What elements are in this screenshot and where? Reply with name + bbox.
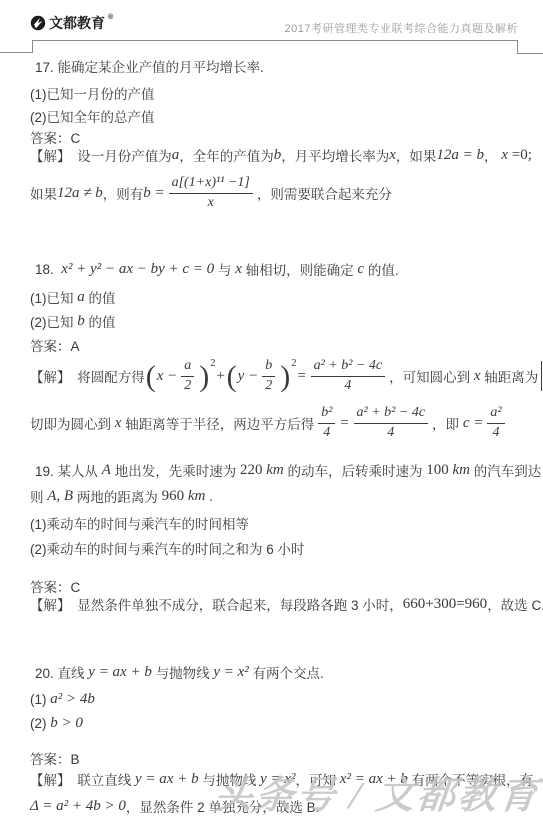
text-run: 19. 某人从 xyxy=(35,460,102,480)
text-line-q17_ans: 答案：C xyxy=(30,128,80,146)
math-run: 12a = b xyxy=(436,147,484,164)
text-line-q17_c1: (1)已知一月份的产值 xyxy=(30,84,155,102)
text-run: 的动车，后转乘时速为 xyxy=(284,460,427,480)
text-run: ，如果 xyxy=(396,145,437,165)
fraction-denominator: 4 xyxy=(344,377,351,395)
text-run: . xyxy=(205,489,213,504)
text-run: 的汽车到达 xyxy=(470,460,543,480)
text-run: (1)已知 xyxy=(30,287,77,307)
text-run: (1)已知一月份的产值 xyxy=(30,83,155,103)
text-line-q17_title: 17. 能确定某企业产值的月平均增长率. xyxy=(35,57,264,75)
fraction-numerator: b xyxy=(262,358,275,377)
fraction-numerator: b² xyxy=(318,405,335,424)
text-line-q17_sol2: 如果12a ≠ b，则有b =a[(1+x)¹¹ −1]x，则需要联合起来充分 xyxy=(30,167,392,219)
math-run: + xyxy=(216,368,226,385)
fraction: b2 xyxy=(262,358,275,395)
text-run: 18. xyxy=(35,262,61,277)
math-run: c xyxy=(357,261,364,278)
text-run: 【解】 显然条件单独不成分，联合起来，每段路各跑 3 小时， xyxy=(30,594,403,614)
fraction-denominator: 4 xyxy=(387,424,394,442)
registered-mark: ® xyxy=(108,14,113,21)
math-run: A, B xyxy=(47,488,73,505)
math-run: c = xyxy=(463,415,484,432)
header-title: 2017考研管理类专业联考综合能力真题及解析 xyxy=(285,20,518,36)
page-header: 文都教育 ® 2017考研管理类专业联考综合能力真题及解析 xyxy=(30,13,518,36)
math-run: x xyxy=(474,368,481,385)
fraction: a[(1+x)¹¹ −1]x xyxy=(169,175,253,212)
text-line-q20_c2: (2) b > 0 xyxy=(30,714,83,732)
frame-step-left-horizontal xyxy=(0,52,33,53)
text-line-q20_title: 20. 直线 y = ax + b 与抛物线 y = x² 有两个交点. xyxy=(35,663,324,681)
exponent: 2 xyxy=(210,358,215,369)
text-line-q18_title: 18. x² + y² − ax − by + c = 0 与 x 轴相切，则能… xyxy=(35,260,399,278)
text-line-q18_sol1: 【解】 将圆配方得(x −a2)2+(y −b2)2=a² + b² − 4c4… xyxy=(30,350,543,402)
text-run: 20. 直线 xyxy=(35,662,88,682)
text-run: (2)已知全年的总产值 xyxy=(30,106,155,126)
fraction-denominator: 2 xyxy=(265,377,272,395)
math-run: a xyxy=(172,147,180,164)
brand: 文都教育 ® xyxy=(30,13,113,33)
text-run: 则 xyxy=(30,486,47,506)
math-run: km xyxy=(452,462,470,479)
text-run: 的值 xyxy=(85,287,116,307)
fraction-denominator: 4 xyxy=(492,424,499,442)
text-line-q19_c1: (1)乘动车的时间与乘汽车的时间相等 xyxy=(30,514,249,532)
math-run: km xyxy=(266,462,284,479)
math-run: a xyxy=(77,289,85,306)
text-line-q17_sol1: 【解】 设一月份产值为a，全年的产值为b，月平均增长率为x，如果12a = b，… xyxy=(30,146,532,164)
text-line-q19_sol: 【解】 显然条件单独不成分，联合起来，每段路各跑 3 小时，660+300=96… xyxy=(30,595,543,613)
math-run: y = ax + b xyxy=(135,771,199,788)
brand-name: 文都教育 xyxy=(49,13,105,33)
text-run: 轴距离为 xyxy=(481,366,539,386)
fraction-denominator: 4 xyxy=(323,424,330,442)
wendu-logo-icon xyxy=(30,15,46,31)
fraction-numerator: a² xyxy=(487,405,504,424)
fraction-numerator: a² + b² − 4c xyxy=(311,358,386,377)
text-run: (2) xyxy=(30,716,50,731)
frame-step-right-horizontal xyxy=(517,53,543,54)
math-run: b > 0 xyxy=(50,715,83,732)
text-run: 【解】 联立直线 xyxy=(30,769,135,789)
text-run: (2)乘动车的时间与乘汽车的时间之和为 6 小时 xyxy=(30,538,305,558)
text-run: 与抛物线 xyxy=(152,662,214,682)
text-run: ，月平均增长率为 xyxy=(281,145,389,165)
text-run: 【解】 将圆配方得 xyxy=(30,366,145,386)
fraction-numerator: a[(1+x)¹¹ −1] xyxy=(169,175,253,194)
text-run: 有两个交点. xyxy=(249,662,324,682)
text-run: 17. 能确定某企业产值的月平均增长率. xyxy=(35,56,264,76)
text-run: 切即为圆心到 xyxy=(30,413,115,433)
text-run: (1) xyxy=(30,692,50,707)
watermark: 头条号 / 文都教育 xyxy=(213,764,543,819)
left-paren: ( xyxy=(227,363,237,390)
text-run: 与 xyxy=(214,259,235,279)
text-run: 的值. xyxy=(364,259,399,279)
math-upright-run: =0; xyxy=(508,147,532,164)
text-run: 轴相切，则能确定 xyxy=(242,259,358,279)
fraction: a2 xyxy=(181,358,194,395)
text-run: 如果 xyxy=(30,183,57,203)
math-run: = xyxy=(296,368,306,385)
math-upright-run: 220 xyxy=(240,462,266,479)
text-run: 【解】 设一月份产值为 xyxy=(30,145,172,165)
math-run: x² + y² − ax − by + c = 0 xyxy=(61,261,214,278)
math-run: x xyxy=(501,147,508,164)
fraction-numerator: a xyxy=(181,358,194,377)
text-run: ， xyxy=(484,145,501,165)
text-line-q18_c1: (1)已知 a 的值 xyxy=(30,288,116,306)
math-run: y − xyxy=(238,368,259,385)
text-run: 的值 xyxy=(85,311,116,331)
document-page: 文都教育 ® 2017考研管理类专业联考综合能力真题及解析 17. 能确定某企业… xyxy=(0,0,543,824)
text-run: ，故选 C. xyxy=(487,594,543,614)
math-run: y = x² xyxy=(213,664,248,681)
text-run: ，则有 xyxy=(103,183,144,203)
math-run: b = xyxy=(143,185,164,202)
text-run: (1)乘动车的时间与乘汽车的时间相等 xyxy=(30,513,249,533)
fraction: a² + b² − 4c4 xyxy=(354,405,429,442)
text-run: 答案：B xyxy=(30,748,80,768)
fraction: a²4 xyxy=(487,405,504,442)
math-run: b xyxy=(274,147,282,164)
text-line-q19_line2: 则 A, B 两地的距离为 960 km . xyxy=(30,487,213,505)
text-run: 轴距离等于半径，两边平方后得 xyxy=(121,413,314,433)
fraction: a² + b² − 4c4 xyxy=(311,358,386,395)
fraction-numerator: a² + b² − 4c xyxy=(354,405,429,424)
text-line-q17_c2: (2)已知全年的总产值 xyxy=(30,107,155,125)
right-paren: ) xyxy=(280,363,290,390)
fraction-denominator: 2 xyxy=(184,377,191,395)
text-line-q20_ans: 答案：B xyxy=(30,749,80,767)
text-line-q20_c1: (1) a² > 4b xyxy=(30,690,95,708)
math-run: Δ = a² + 4b > 0 xyxy=(30,798,126,815)
math-run: x − xyxy=(157,368,178,385)
math-run: 12a ≠ b xyxy=(57,185,103,202)
math-run: x xyxy=(235,261,242,278)
math-run: A xyxy=(102,462,111,479)
text-run: ，即 xyxy=(432,413,463,433)
text-run: 答案：C xyxy=(30,127,80,147)
text-line-q19_title: 19. 某人从 A 地出发，先乘时速为 220 km 的动车，后转乘时速为 10… xyxy=(35,461,543,479)
math-upright-run: 100 xyxy=(426,462,452,479)
math-run: a² > 4b xyxy=(50,691,95,708)
left-paren: ( xyxy=(146,363,156,390)
text-run: 答案：C xyxy=(30,576,80,596)
text-line-q18_sol2: 切即为圆心到 x 轴距离等于半径，两边平方后得b²4=a² + b² − 4c4… xyxy=(30,400,509,446)
frame-step-right-vertical xyxy=(517,40,518,54)
text-run: ，可知圆心到 xyxy=(389,366,474,386)
abs-bar xyxy=(541,361,542,391)
math-upright-run: 660+300=960 xyxy=(403,596,487,613)
math-run: b xyxy=(77,313,85,330)
text-line-q18_c2: (2)已知 b 的值 xyxy=(30,312,116,330)
math-run: y = ax + b xyxy=(88,664,152,681)
header-rule xyxy=(32,40,518,41)
fraction: b²4 xyxy=(318,405,335,442)
math-run: = xyxy=(339,415,349,432)
text-run: 地出发，先乘时速为 xyxy=(111,460,240,480)
math-run: km xyxy=(188,488,206,505)
text-line-q19_c2: (2)乘动车的时间与乘汽车的时间之和为 6 小时 xyxy=(30,539,305,557)
fraction-denominator: x xyxy=(208,194,214,212)
text-run: (2)已知 xyxy=(30,311,77,331)
right-paren: ) xyxy=(199,363,209,390)
math-run: x xyxy=(115,415,122,432)
text-run: 两地的距离为 xyxy=(73,486,162,506)
exponent: 2 xyxy=(291,358,296,369)
math-upright-run: 960 xyxy=(162,488,188,505)
text-run: ，则需要联合起来充分 xyxy=(257,183,392,203)
text-run: ，全年的产值为 xyxy=(179,145,274,165)
math-run: x xyxy=(389,147,396,164)
text-line-q19_ans: 答案：C xyxy=(30,577,80,595)
